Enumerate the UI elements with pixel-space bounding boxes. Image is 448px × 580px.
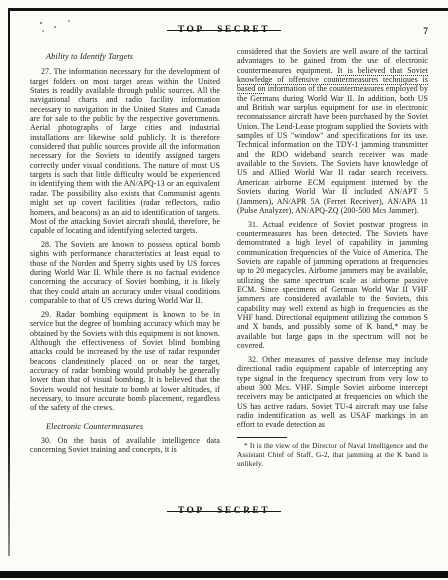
- footer-classification-banner: TOP SECRET: [0, 506, 448, 516]
- paragraph-32: 32. Other measures of passive defense ma…: [237, 355, 428, 430]
- scan-border-top: [8, 8, 448, 11]
- footnote: * It is the view of the Director of Nava…: [237, 441, 428, 468]
- header-classification-text: TOP SECRET: [178, 25, 270, 35]
- page-number: 7: [423, 27, 428, 37]
- paragraph-27: 27. The information necessary for the de…: [30, 67, 220, 235]
- paragraph-30-start: 30. On the basis of available intelligen…: [30, 436, 220, 455]
- header-classification-strikethrough: TOP SECRET: [167, 25, 281, 35]
- paragraph-28: 28. The Soviets are known to possess opt…: [30, 240, 220, 305]
- footer-classification-strikethrough: TOP SECRET: [167, 506, 281, 516]
- paragraph-31: 31. Actual evidence of Soviet postwar pr…: [237, 220, 428, 351]
- section-heading-electronic-countermeasures: Electronic Countermeasures: [46, 422, 220, 431]
- section-heading-ability-to-identify-targets: Ability to Identify Targets: [46, 52, 220, 61]
- left-column: Ability to Identify Targets 27. The info…: [30, 52, 220, 459]
- scanned-document-page: TOP SECRET 7 Ability to Identify Targets…: [0, 0, 448, 580]
- paragraph-29: 29. Radar bombing equipment is known to …: [30, 310, 220, 413]
- scan-border-left: [8, 8, 10, 556]
- scan-border-bottom: [0, 571, 448, 578]
- paragraph-30-part2: information of the countermeasures emplo…: [237, 84, 428, 214]
- footer-classification-text: TOP SECRET: [178, 506, 270, 516]
- header-classification-banner: TOP SECRET: [0, 25, 448, 35]
- footnote-separator-rule: [237, 437, 287, 438]
- right-column: considered that the Soviets are well awa…: [237, 47, 428, 468]
- scan-specks: [40, 22, 42, 24]
- paragraph-30-continuation: considered that the Soviets are well awa…: [237, 47, 428, 215]
